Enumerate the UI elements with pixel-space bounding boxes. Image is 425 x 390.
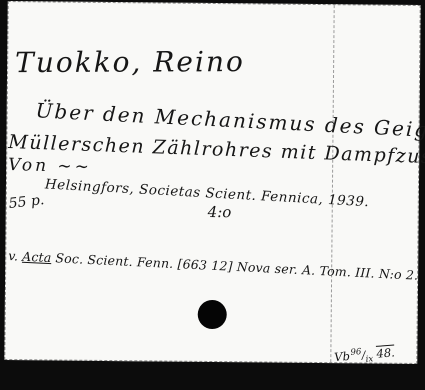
card-vertical-dashed-rule — [330, 5, 334, 362]
accession-suffix: 48. — [376, 345, 395, 360]
accession-fraction-denominator: ix — [365, 354, 373, 365]
accession-prefix: Vb — [334, 349, 351, 364]
author-heading: Tuokko, Reino — [15, 45, 245, 79]
hole-punch — [198, 300, 227, 329]
accession-note: Vb96/ix 48. — [334, 344, 396, 367]
format-note: 4:o — [208, 203, 232, 221]
byline: Von ~~ — [8, 155, 92, 177]
catalog-card: Tuokko, Reino Über den Mechanismus des G… — [4, 1, 420, 364]
pagination-note: 55 p. — [8, 192, 45, 212]
series-prefix: v. — [8, 248, 19, 263]
series-title-underlined: Acta — [22, 249, 52, 265]
scan-background: Tuokko, Reino Über den Mechanismus des G… — [0, 0, 425, 390]
series-rest: Soc. Scient. Fenn. [663 12] Nova ser. A.… — [55, 250, 418, 282]
series-reference: v.ActaSoc. Scient. Fenn. [663 12] Nova s… — [8, 248, 423, 283]
accession-fraction-numerator: 96 — [350, 347, 362, 358]
